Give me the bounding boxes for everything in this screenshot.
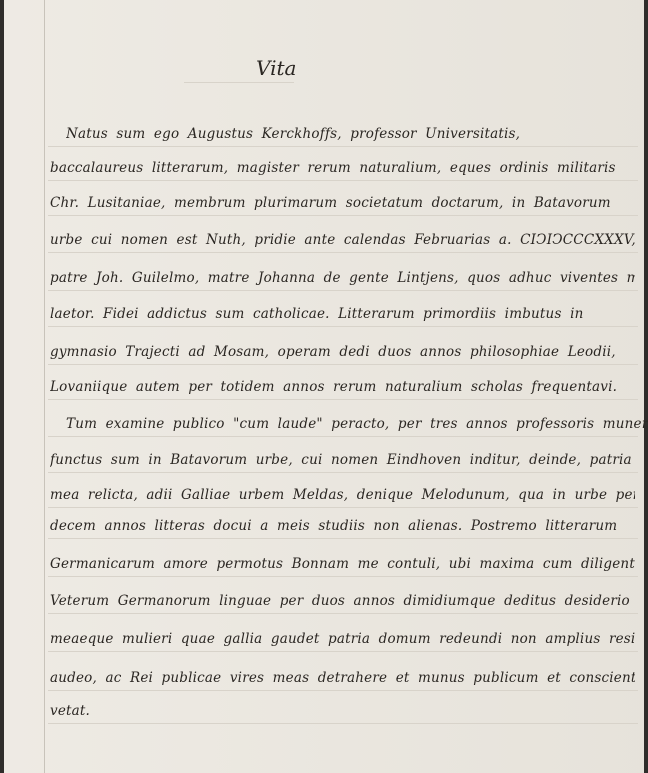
ruled-line <box>48 651 638 652</box>
text-line: functus sum in Batavorum urbe, cui nomen… <box>50 452 635 468</box>
text-line: Chr. Lusitaniae, membrum plurimarum soci… <box>50 195 635 211</box>
ruled-line <box>48 215 638 216</box>
margin-line <box>44 0 45 773</box>
title-rule <box>184 82 294 83</box>
ruled-line <box>48 507 638 508</box>
text-line: vetat. <box>50 703 635 719</box>
ruled-line <box>48 326 638 327</box>
ruled-line <box>48 180 638 181</box>
ruled-line <box>48 576 638 577</box>
text-line: decem annos litteras docui a meis studii… <box>50 518 635 534</box>
text-line: laetor. Fidei addictus sum catholicae. L… <box>50 306 635 322</box>
ruled-line <box>48 252 638 253</box>
text-line: Germanicarum amore permotus Bonnam me co… <box>50 556 635 572</box>
text-line: baccalaureus litterarum, magister rerum … <box>50 160 635 176</box>
text-line: Natus sum ego Augustus Kerckhoffs, profe… <box>66 126 648 142</box>
document-title: Vita <box>256 56 296 80</box>
text-line: Tum examine publico "cum laude" peracto,… <box>66 416 648 432</box>
ruled-line <box>48 690 638 691</box>
text-line: Veterum Germanorum linguae per duos anno… <box>50 593 635 609</box>
text-line: patre Joh. Guilelmo, matre Johanna de ge… <box>50 270 635 286</box>
text-line: mea relicta, adii Galliae urbem Meldas, … <box>50 487 635 503</box>
text-line: audeo, ac Rei publicae vires meas detrah… <box>50 670 635 686</box>
ruled-line <box>48 723 638 724</box>
ruled-line <box>48 613 638 614</box>
ruled-line <box>48 399 638 400</box>
ruled-line <box>48 436 638 437</box>
ruled-line <box>48 472 638 473</box>
manuscript-page: Vita Natus sum ego Augustus Kerckhoffs, … <box>4 0 644 773</box>
text-line: urbe cui nomen est Nuth, pridie ante cal… <box>50 232 635 248</box>
text-line: meaeque mulieri quae gallia gaudet patri… <box>50 631 635 647</box>
ruled-line <box>48 290 638 291</box>
ruled-line <box>48 146 638 147</box>
ruled-line <box>48 538 638 539</box>
ruled-line <box>48 364 638 365</box>
text-line: Lovaniique autem per totidem annos rerum… <box>50 379 635 395</box>
text-line: gymnasio Trajecti ad Mosam, operam dedi … <box>50 344 635 360</box>
